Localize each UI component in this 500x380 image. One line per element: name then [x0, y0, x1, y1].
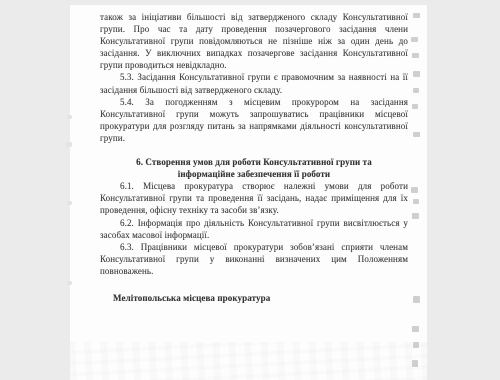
scan-artifact-mark — [413, 342, 419, 348]
paragraph-6-3: 6.3. Працівники місцевої прокуратури зоб… — [100, 241, 408, 277]
scan-artifact-mark — [413, 13, 420, 18]
section-6-heading: 6. Створення умов для роботи Консультати… — [100, 156, 408, 180]
scan-artifact-smudge — [66, 142, 72, 147]
paragraph-continuation: також за ініціативи більшості від затвер… — [100, 11, 408, 71]
scan-artifact-mark — [413, 88, 419, 93]
scan-artifact-mark — [412, 53, 419, 58]
signature-line: Мелітопольська місцева прокуратура — [113, 292, 408, 304]
scan-artifact-mark — [411, 187, 418, 193]
scan-artifact-smudge — [67, 201, 72, 205]
section-6-heading-line-1: 6. Створення умов для роботи Консультати… — [100, 156, 408, 168]
scan-artifact-smudge — [67, 115, 72, 119]
section-6-heading-line-2: інформаційне забезпечення її роботи — [100, 168, 408, 180]
scan-artifact-mark — [412, 104, 418, 109]
scan-artifact-mark — [413, 199, 419, 204]
scan-artifact-smudge — [67, 281, 72, 285]
paragraph-6-1: 6.1. Місцева прокуратура створює належні… — [100, 180, 408, 216]
scan-artifact-mark — [412, 360, 418, 367]
scan-artifact-mark — [413, 296, 420, 303]
paragraph-6-2: 6.2. Інформація про діяльність Консульта… — [100, 217, 408, 241]
scanned-document-viewport: також за ініціативи більшості від затвер… — [0, 0, 500, 380]
scan-artifact-mark — [413, 71, 420, 77]
paragraph-5-3: 5.3. Засідання Консультативної групи є п… — [100, 71, 408, 95]
paragraph-5-4: 5.4. За погодженням з місцевим прокуроро… — [100, 96, 408, 144]
scan-artifact-mark — [412, 326, 419, 332]
document-text-block: також за ініціативи більшості від затвер… — [100, 11, 408, 313]
scan-artifact-mark — [413, 132, 420, 137]
scan-artifact-mark — [411, 37, 418, 42]
scan-artifact-mark — [412, 213, 419, 219]
document-page: також за ініціативи більшості від затвер… — [70, 5, 427, 380]
